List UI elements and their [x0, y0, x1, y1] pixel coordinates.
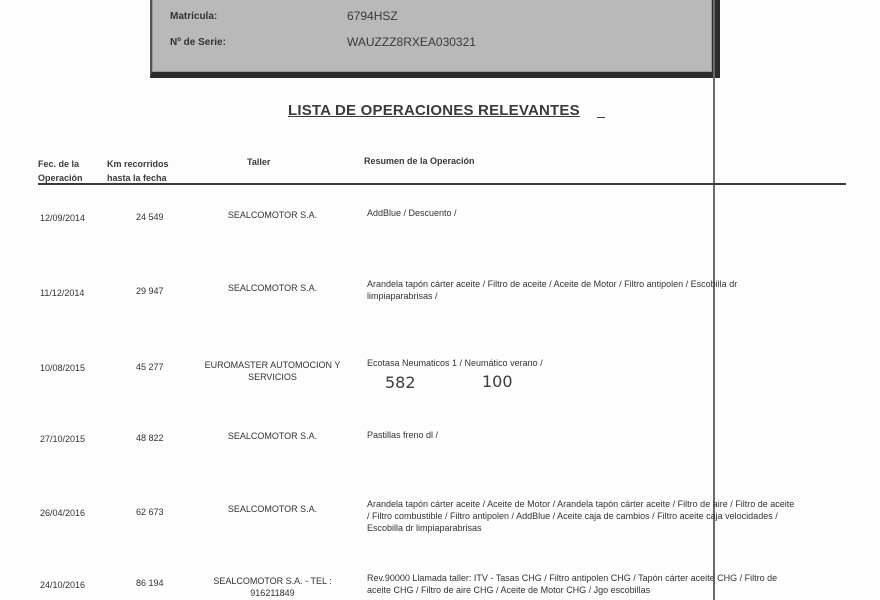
row-km: 86 194 [136, 577, 164, 589]
vehicle-info-box: Matrícula: 6794HSZ Nº de Serie: WAUZZZ8R… [150, 0, 720, 78]
row-taller: SEALCOMOTOR S.A. [190, 430, 355, 442]
row-km: 29 947 [136, 285, 164, 297]
header-km: Km recorridos hasta la fecha [107, 157, 169, 185]
title-underline-tail [597, 117, 605, 118]
row-km: 62 673 [136, 506, 164, 518]
row-date: 27/10/2015 [40, 433, 85, 445]
row-taller: SEALCOMOTOR S.A. [190, 209, 355, 221]
row-taller: SEALCOMOTOR S.A. [190, 503, 355, 515]
row-km: 48 822 [136, 432, 164, 444]
serie-value: WAUZZZ8RXEA030321 [347, 35, 476, 49]
row-taller: EUROMASTER AUTOMOCION Y SERVICIOS [190, 359, 355, 383]
page-title: LISTA DE OPERACIONES RELEVANTES [288, 102, 580, 119]
row-date: 12/09/2014 [40, 212, 85, 224]
matricula-label: Matrícula: [170, 11, 217, 22]
row-km: 45 277 [136, 361, 164, 373]
row-resumen: Arandela tapón cárter aceite / Filtro de… [367, 278, 797, 302]
matricula-value: 6794HSZ [347, 9, 398, 23]
row-date: 24/10/2016 [40, 579, 85, 591]
row-resumen: Pastillas freno dl / [367, 429, 797, 441]
row-resumen: Rev.90000 Llamada taller: ITV - Tasas CH… [367, 572, 797, 596]
overlay-value-b: 100 [482, 372, 513, 391]
header-taller: Taller [247, 155, 270, 169]
row-km: 24 549 [136, 211, 164, 223]
row-resumen: AddBlue / Descuento / [367, 207, 797, 219]
header-resumen: Resumen de la Operación [364, 154, 475, 168]
row-date: 11/12/2014 [40, 287, 84, 299]
header-divider [38, 183, 846, 185]
row-date: 10/08/2015 [40, 362, 85, 374]
overlay-value-a: 582 [385, 373, 416, 392]
row-taller: SEALCOMOTOR S.A. [190, 282, 355, 294]
row-resumen: Arandela tapón cárter aceite / Aceite de… [367, 498, 797, 534]
row-resumen: Ecotasa Neumaticos 1 / Neumático verano … [367, 357, 797, 369]
serie-label: Nº de Serie: [170, 37, 226, 48]
row-date: 26/04/2016 [40, 507, 85, 519]
header-fecha: Fec. de la Operación [38, 157, 83, 185]
row-taller: SEALCOMOTOR S.A. - TEL : 916211849 [190, 575, 355, 599]
